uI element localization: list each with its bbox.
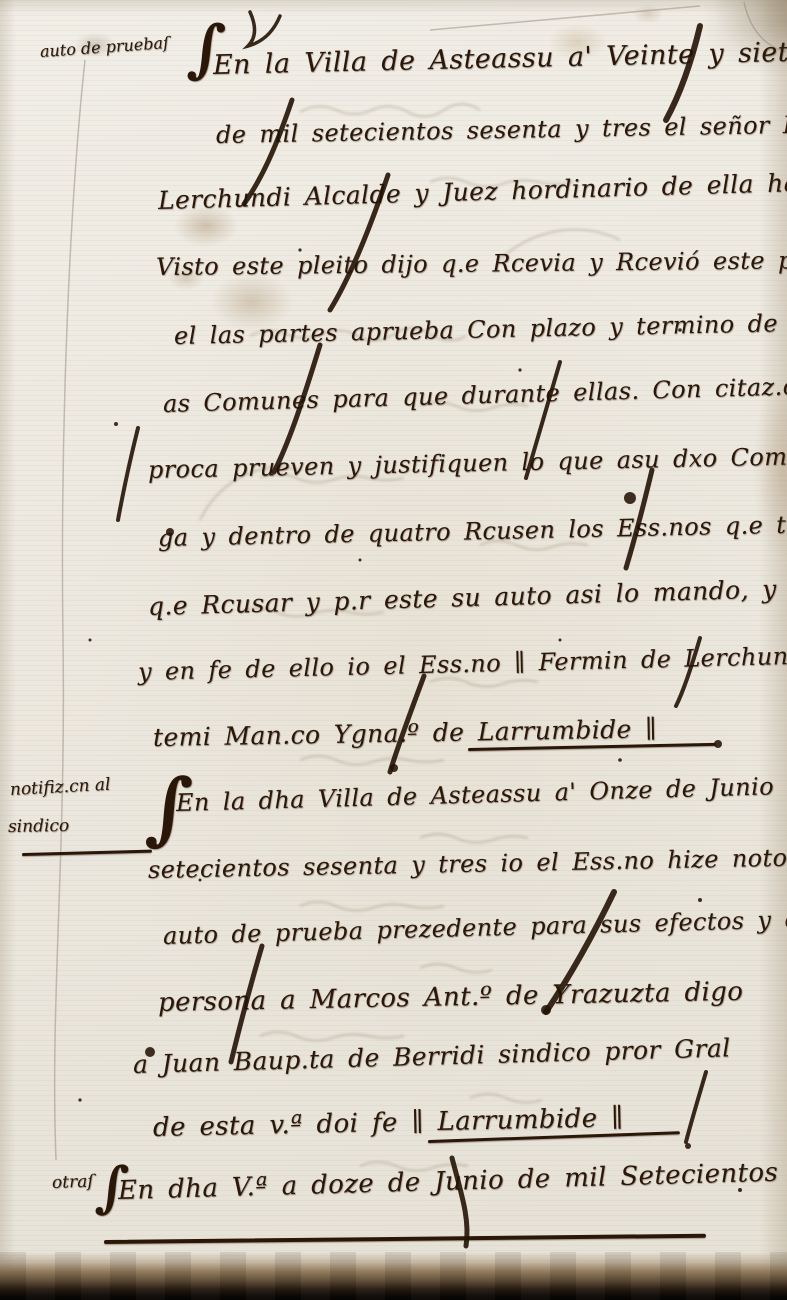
manuscript-line: a Juan Baup.ta de Berridi sindico pror G… (133, 1033, 731, 1079)
margin-note-sindico: sindico (8, 816, 70, 837)
manuscript-line: Visto este pleito dijo q.e Rcevia y Rcev… (156, 245, 787, 281)
manuscript-line: En la dha Villa de Asteassu a' Onze de J… (176, 770, 787, 817)
manuscript-line: de mil setecientos sesenta y tres el señ… (216, 109, 787, 149)
manuscript-line: as Comunes para que durante ellas. Con c… (163, 370, 787, 418)
manuscript-line: persona a Marcos Ant.º de Yrazuzta digo (158, 977, 744, 1018)
manuscript-line: q.e Rcusar y p.r este su auto asi lo man… (148, 572, 787, 621)
manuscript-line: y en fe de ello io el Ess.no ∥ Fermin de… (138, 640, 787, 686)
margin-note-notificacion: notifiz.cn al (9, 775, 111, 800)
manuscript-line: auto de prueba prezedente para sus efect… (163, 904, 787, 950)
manuscript-page: auto de pruebaſ notifiz.cn al sindico ot… (0, 0, 787, 1300)
margin-note-otra: otraſ (52, 1172, 94, 1193)
manuscript-line: ga y dentro de quatro Rcusen los Ess.nos… (158, 509, 787, 552)
page-corner-curl (713, 0, 787, 62)
manuscript-line: setecientos sesenta y tres io el Ess.no … (148, 842, 787, 884)
manuscript-line: proca prueven y justifiquen lo que asu d… (148, 441, 787, 484)
margin-underline (22, 850, 152, 856)
manuscript-line: En dha V.ª a doze de Junio de mil Seteci… (118, 1158, 779, 1206)
manuscript-line: Lerchundi Alcalde y Juez hordinario de e… (158, 166, 787, 215)
manuscript-line: el las partes aprueba Con plazo y termin… (174, 307, 787, 350)
flourish-underline (104, 1234, 706, 1244)
manuscript-line: En la Villa de Asteassu a' Veinte y siet… (213, 33, 787, 81)
margin-note-auto-de-prueba: auto de pruebaſ (39, 33, 169, 61)
book-edge (0, 1252, 787, 1300)
